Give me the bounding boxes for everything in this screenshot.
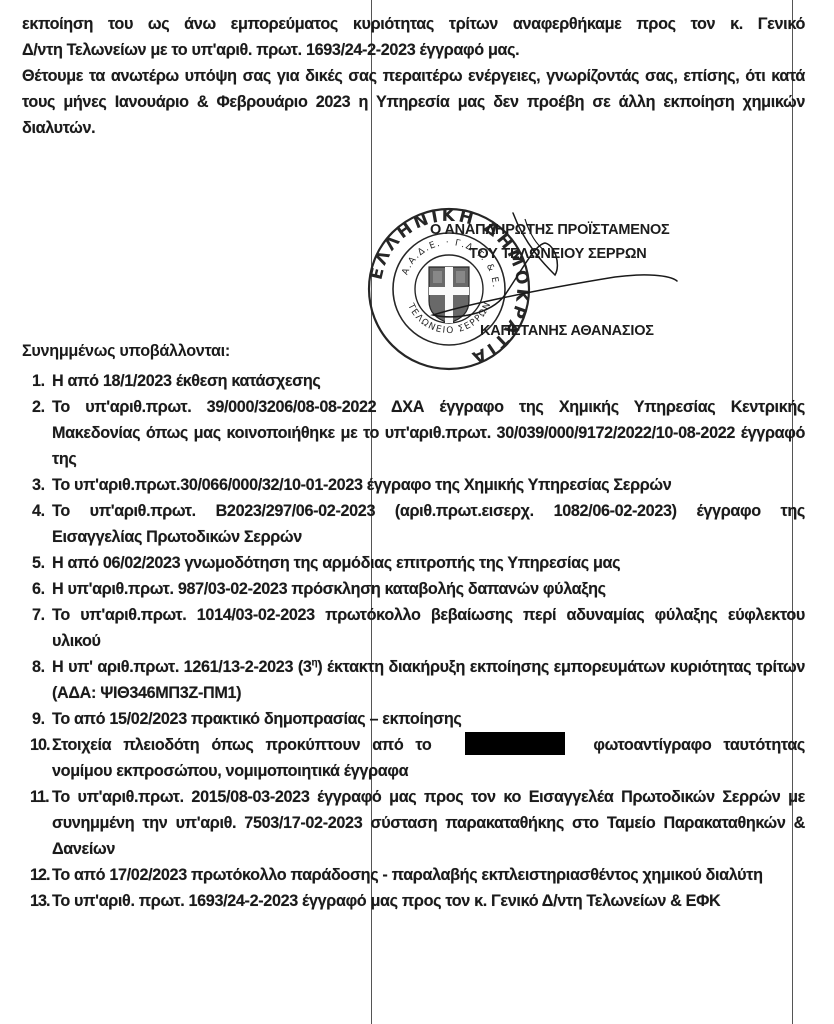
intro-paragraph-2: Θέτουμε τα ανωτέρω υπόψη σας για δικές σ… [22, 63, 805, 141]
attachment-item-5: 5. Η από 06/02/2023 γνωμοδότηση της αρμό… [32, 550, 805, 576]
item-text: Το υπ'αριθ. πρωτ. 1693/24-2-2023 έγγραφό… [52, 892, 720, 910]
item-text: Η από 18/1/2023 έκθεση κατάσχεσης [52, 372, 321, 390]
item-text: Το υπ'αριθ.πρωτ. 2015/08-03-2023 έγγραφό… [52, 788, 805, 858]
attachment-item-6: 6. Η υπ'αριθ.πρωτ. 987/03-02-2023 πρόσκλ… [32, 576, 805, 602]
item-text: Στοιχεία πλειοδότη όπως προκύπτουν από τ… [52, 736, 431, 754]
item-number: 11. [30, 784, 49, 810]
intro-line-1: εκποίηση του ως άνω εμπορεύματος κυριότη… [22, 11, 805, 37]
attachment-item-1: 1. Η από 18/1/2023 έκθεση κατάσχεσης [32, 368, 805, 394]
scanned-document-page: εκποίηση του ως άνω εμπορεύματος κυριότη… [0, 0, 834, 1024]
item-number: 7. [32, 602, 45, 628]
item-number: 2. [32, 394, 45, 420]
item-number: 8. [32, 654, 45, 680]
item-text: Το υπ'αριθ.πρωτ. 39/000/3206/08-08-2022 … [52, 398, 805, 468]
item-text: Το από 15/02/2023 πρακτικό δημοπρασίας –… [52, 710, 461, 728]
item-number: 5. [32, 550, 45, 576]
attachment-item-10: 10. Στοιχεία πλειοδότη όπως προκύπτουν α… [32, 732, 805, 784]
item-number: 12. [30, 862, 50, 888]
item-text: Το υπ'αριθ.πρωτ. Β2023/297/06-02-2023 (α… [52, 502, 805, 546]
attachment-item-8: 8. Η υπ' αριθ.πρωτ. 1261/13-2-2023 (3η) … [32, 654, 805, 706]
attachment-item-9: 9. Το από 15/02/2023 πρακτικό δημοπρασία… [32, 706, 805, 732]
intro-paragraph-1: εκποίηση του ως άνω εμπορεύματος κυριότη… [22, 11, 805, 63]
item-number: 9. [32, 706, 45, 732]
item-text: Η υπ' αριθ.πρωτ. 1261/13-2-2023 (3 [52, 658, 312, 676]
signatory-title-line-1: Ο ΑΝΑΠΛΗΡΩΤΗΣ ΠΡΟΪΣΤΑΜΕΝΟΣ [430, 222, 670, 238]
item-text: Το υπ'αριθ.πρωτ.30/066/000/32/10-01-2023… [52, 476, 671, 494]
item-number: 4. [32, 498, 45, 524]
intro-line-2: Δ/ντη Τελωνείων με το υπ'αριθ. πρωτ. 169… [22, 37, 805, 63]
item-text: Η υπ'αριθ.πρωτ. 987/03-02-2023 πρόσκληση… [52, 580, 606, 598]
item-text: Το από 17/02/2023 πρωτόκολλο παράδοσης -… [52, 866, 763, 884]
attachments-heading: Συνημμένως υποβάλλονται: [22, 342, 230, 361]
attachment-item-7: 7. Το υπ'αριθ.πρωτ. 1014/03-02-2023 πρωτ… [32, 602, 805, 654]
item-text: Το υπ'αριθ.πρωτ. 1014/03-02-2023 πρωτόκο… [52, 606, 805, 650]
item-number: 3. [32, 472, 45, 498]
signatory-name: ΚΑΠΕΤΑΝΗΣ ΑΘΑΝΑΣΙΟΣ [480, 323, 654, 339]
item-number: 6. [32, 576, 45, 602]
signatory-title-line-2: ΤΟΥ ΤΕΛΩΝΕΙΟΥ ΣΕΡΡΩΝ [469, 246, 647, 262]
attachment-item-4: 4. Το υπ'αριθ.πρωτ. Β2023/297/06-02-2023… [32, 498, 805, 550]
attachment-item-13: 13. Το υπ'αριθ. πρωτ. 1693/24-2-2023 έγγ… [32, 888, 805, 914]
item-number: 13. [30, 888, 50, 914]
item-text: Η από 06/02/2023 γνωμοδότηση της αρμόδια… [52, 554, 620, 572]
attachment-item-11: 11. Το υπ'αριθ.πρωτ. 2015/08-03-2023 έγγ… [32, 784, 805, 862]
attachments-list: 1. Η από 18/1/2023 έκθεση κατάσχεσης 2. … [32, 368, 805, 914]
item-number: 1. [32, 368, 45, 394]
redaction-block [465, 732, 565, 755]
attachment-item-2: 2. Το υπ'αριθ.πρωτ. 39/000/3206/08-08-20… [32, 394, 805, 472]
item-number: 10. [30, 732, 50, 758]
attachment-item-12: 12. Το από 17/02/2023 πρωτόκολλο παράδοσ… [32, 862, 805, 888]
attachment-item-3: 3. Το υπ'αριθ.πρωτ.30/066/000/32/10-01-2… [32, 472, 805, 498]
